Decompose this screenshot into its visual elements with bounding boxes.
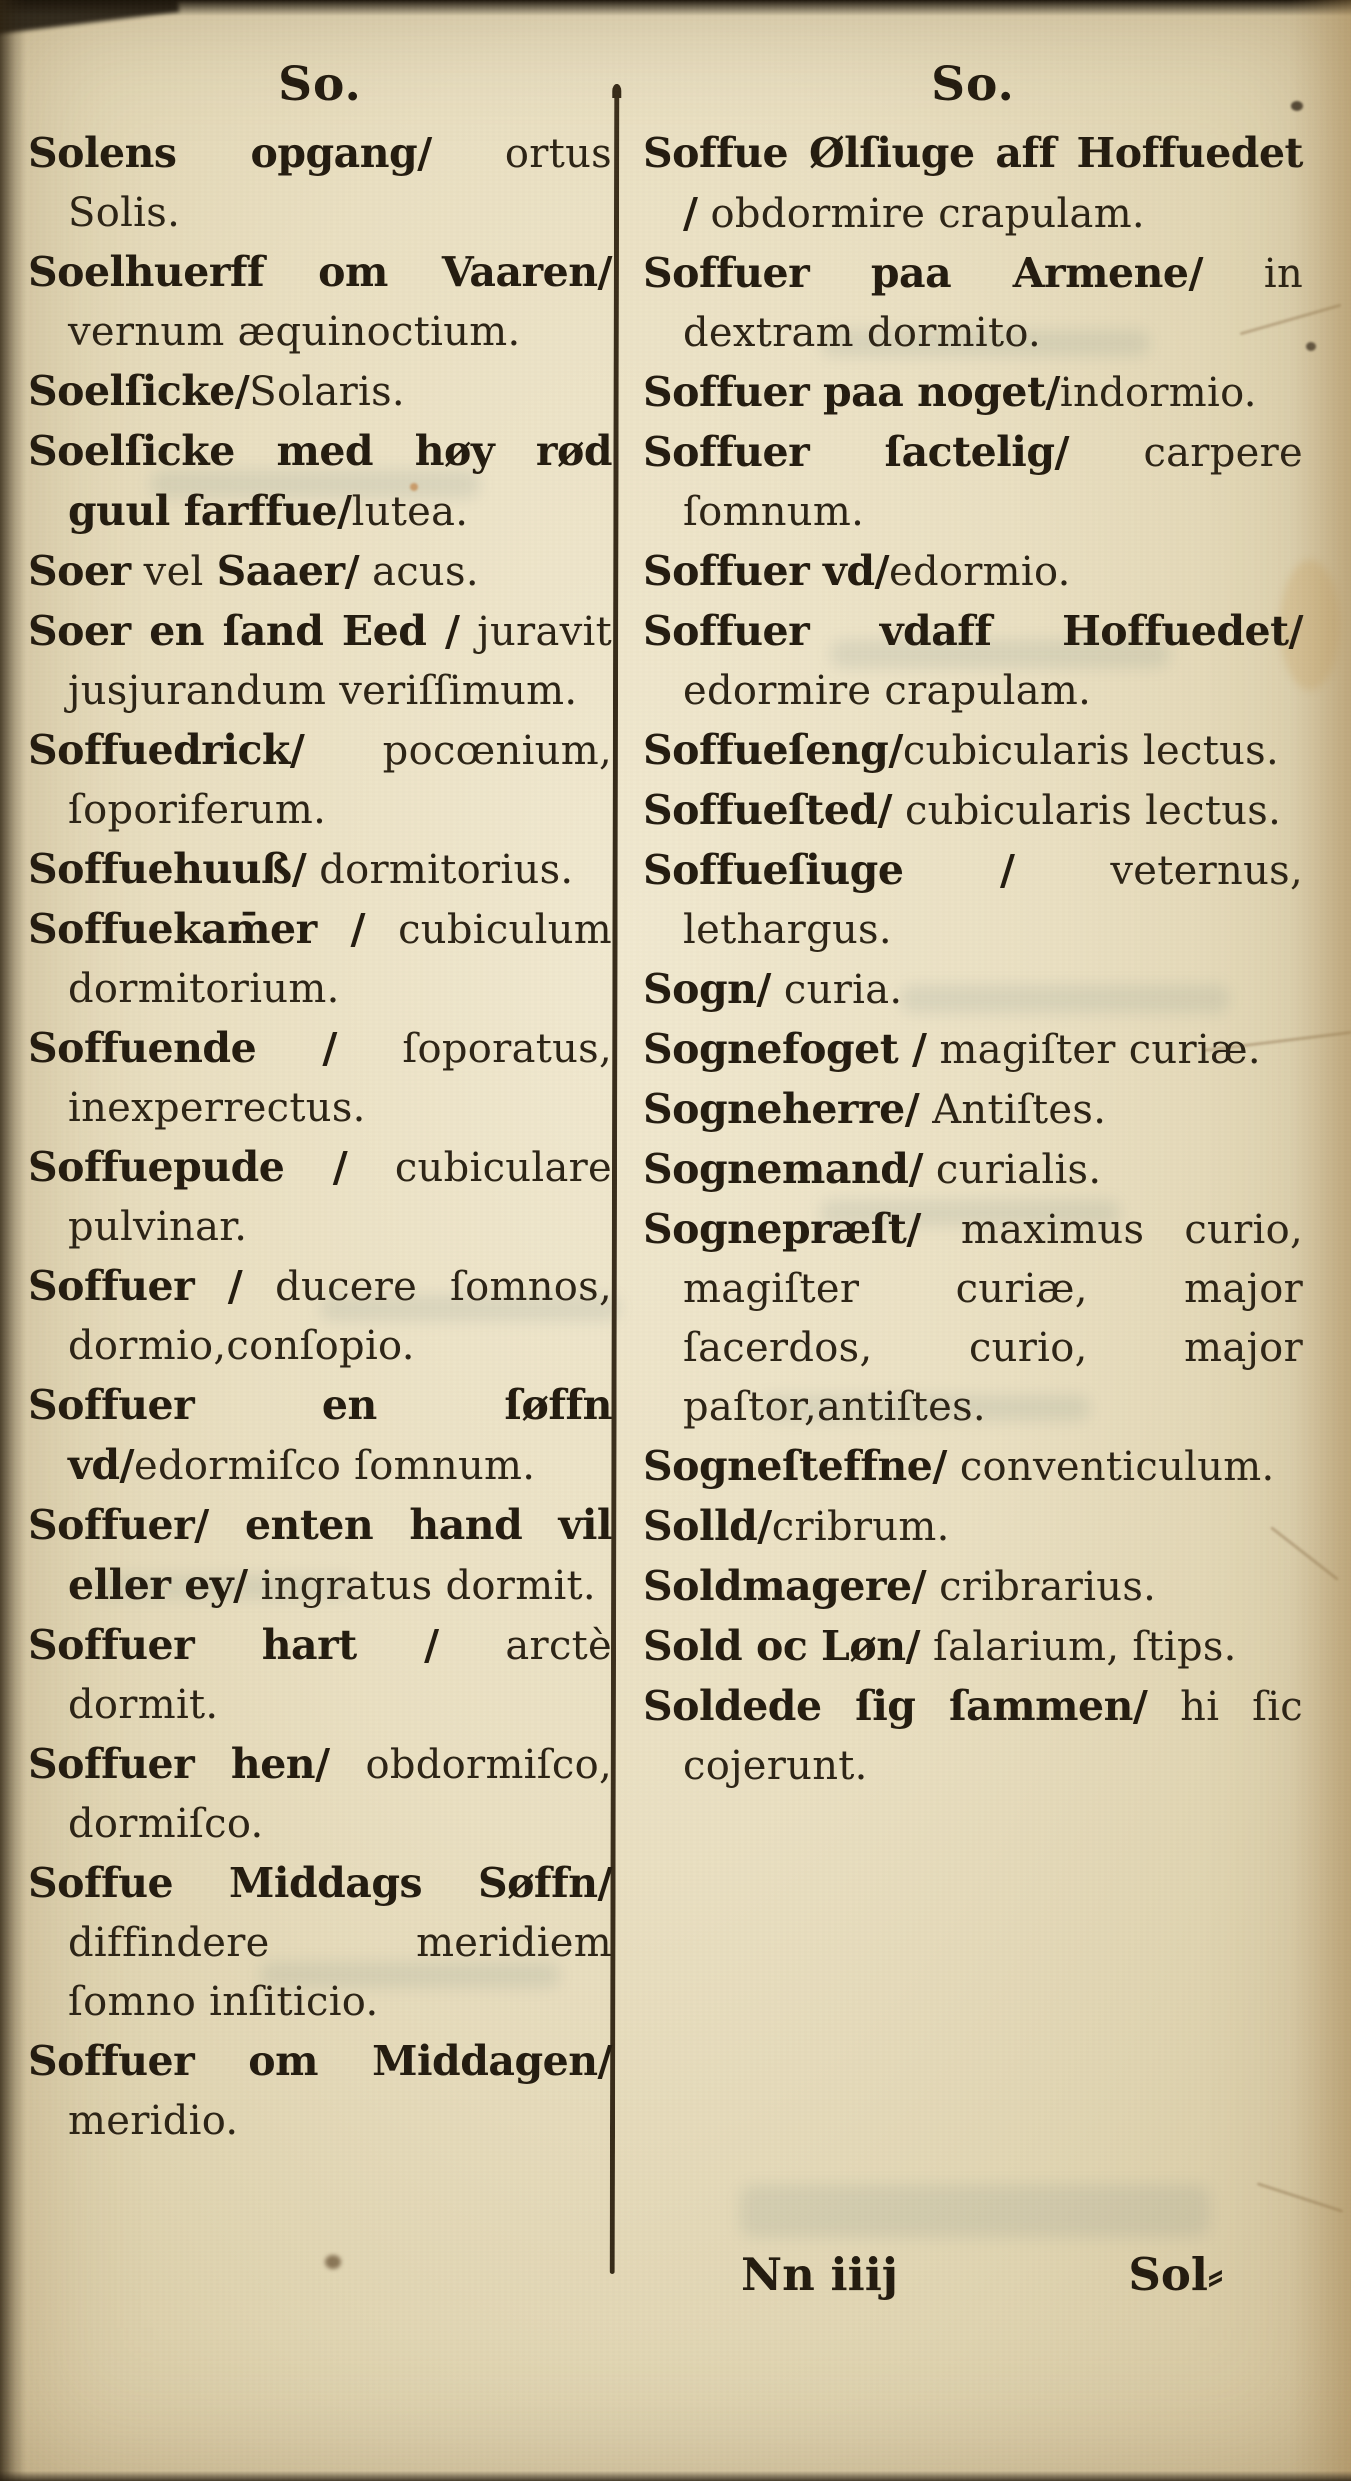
dictionary-entry: Soelſicke med høy rød guul farffue/lutea…	[28, 422, 612, 542]
dictionary-entry: Soelſicke/Solaris.	[28, 362, 612, 422]
dictionary-entry: Solld/cribrum.	[643, 1497, 1303, 1557]
latin-gloss-text: lutea.	[352, 489, 469, 535]
right-column: So. Soffue Ølſiuge aff Hoffuedet / obdor…	[643, 58, 1303, 1796]
headword-text: Soffuende /	[28, 1024, 337, 1072]
dictionary-entry: Soldede ſig ſammen/ hi ſic cojerunt.	[643, 1677, 1303, 1796]
dictionary-entry: Soffuer / ducere ſomnos, dormio,conſopio…	[28, 1257, 612, 1376]
page-corner-shadow	[0, 0, 179, 36]
catchword: Sol⸗	[1128, 2248, 1223, 2301]
headword-text: Sogneherre/	[643, 1085, 919, 1133]
headword-text: Soldede ſig ſammen/	[643, 1682, 1147, 1730]
latin-gloss-text: Antiſtes.	[919, 1087, 1106, 1133]
page-footer: Nn iiij Sol⸗	[643, 2248, 1303, 2301]
headword-text: Sognemand/	[643, 1145, 923, 1193]
latin-gloss-text: acus.	[359, 549, 479, 595]
dictionary-entry: Soffuer vdaff Hoffuedet/ edormire crapul…	[643, 602, 1303, 721]
dictionary-entry: Soffuer om Middagen/ meridio.	[28, 2032, 612, 2151]
dictionary-entry: Sognemand/ curialis.	[643, 1140, 1303, 1200]
right-column-entries: Soffue Ølſiuge aff Hoffuedet / obdormire…	[643, 124, 1303, 1796]
headword-text: Sogneſteffne/	[643, 1442, 947, 1490]
dictionary-entry: Sognepræſt/ maximus curio, magiſter curi…	[643, 1200, 1303, 1437]
dictionary-entry: Soffuer hen/ obdormiſco, dormiſco.	[28, 1735, 612, 1854]
latin-gloss-text: diffindere meridiem ſomno inſiticio.	[68, 1920, 612, 2025]
headword-text: Soffuer ſactelig/	[643, 428, 1069, 476]
column-header: So.	[28, 58, 612, 112]
dictionary-entry: Soffuer hart / arctè dormit.	[28, 1616, 612, 1735]
latin-gloss-text: cribrarius.	[926, 1564, 1156, 1610]
latin-gloss-text: curia.	[771, 967, 902, 1013]
headword-text: Sognepræſt/	[643, 1205, 921, 1253]
headword-text: Soelſicke med høy rød guul farffue/	[28, 427, 612, 535]
headword-text: Soffuer paa Armene/	[643, 249, 1203, 297]
headword-text: Soffuedrick/	[28, 726, 304, 774]
dictionary-entry: Soer vel Saaer/ acus.	[28, 542, 612, 602]
headword-text: Soldmagere/	[643, 1562, 926, 1610]
dictionary-entry: Solens opgang/ ortus Solis.	[28, 124, 612, 243]
headword-text: Saaer/	[217, 547, 359, 595]
headword-text: Soffuer vd/	[643, 547, 889, 595]
column-header: So.	[643, 58, 1303, 112]
dictionary-entry: Soffuer/ enten hand vil eller ey/ ingrat…	[28, 1496, 612, 1616]
ink-speck	[325, 2255, 341, 2269]
dictionary-entry: Soffuer vd/edormio.	[643, 542, 1303, 602]
latin-gloss-text: meridio.	[68, 2098, 238, 2144]
dictionary-entry: Sold oc Løn/ ſalarium, ſtips.	[643, 1617, 1303, 1677]
latin-gloss-text: cubicularis lectus.	[903, 728, 1279, 774]
dictionary-entry: Soelhuerff om Vaaren/ vernum æquinoctium…	[28, 243, 612, 362]
headword-text: Soer en ſand Eed /	[28, 607, 459, 655]
dictionary-entry: Soldmagere/ cribrarius.	[643, 1557, 1303, 1617]
latin-gloss-text: vel	[131, 549, 217, 595]
page-edge-shadow-left	[0, 0, 26, 2481]
dictionary-entry: Soffuepude / cubiculare pulvinar.	[28, 1138, 612, 1257]
headword-text: Soer	[28, 547, 131, 595]
headword-text: Soffuer /	[28, 1262, 242, 1310]
left-column: So. Solens opgang/ ortus Solis.Soelhuerf…	[28, 58, 612, 2151]
dictionary-entry: Soffuehuuß/ dormitorius.	[28, 840, 612, 900]
headword-text: Soelſicke/	[28, 367, 249, 415]
book-page-scan: So. Solens opgang/ ortus Solis.Soelhuerf…	[0, 0, 1351, 2481]
latin-gloss-text: cribrum.	[772, 1504, 950, 1550]
headword-text: Sold oc Løn/	[643, 1622, 920, 1670]
dictionary-entry: Sognefoget / magiſter curiæ.	[643, 1020, 1303, 1080]
quire-signature: Nn iiij	[741, 2248, 898, 2301]
headword-text: Soelhuerff om Vaaren/	[28, 248, 612, 296]
latin-gloss-text: edormire crapulam.	[683, 668, 1091, 714]
dictionary-entry: Soffuer en ſøffn vd/edormiſco ſomnum.	[28, 1376, 612, 1496]
show-through-smudge	[740, 2185, 1210, 2237]
dictionary-entry: Soffue Ølſiuge aff Hoffuedet / obdormire…	[643, 124, 1303, 244]
latin-gloss-text: curialis.	[923, 1147, 1101, 1193]
headword-text: Soffuer om Middagen/	[28, 2037, 612, 2085]
latin-gloss-text: vernum æquinoctium.	[68, 309, 521, 355]
latin-gloss-text: magiſter curiæ.	[926, 1027, 1260, 1073]
headword-text: Soffueſted/	[643, 786, 892, 834]
headword-text: Soffuer vdaff Hoffuedet/	[643, 607, 1303, 655]
headword-text: Soffue Middags Søffn/	[28, 1859, 612, 1907]
latin-gloss-text: conventiculum.	[947, 1444, 1275, 1490]
dictionary-entry: Soer en ſand Eed / juravit jusjurandum v…	[28, 602, 612, 721]
headword-text: Solld/	[643, 1502, 772, 1550]
headword-text: Soffuekam̄er /	[28, 905, 365, 953]
page-edge-shadow-bottom	[0, 2471, 1351, 2481]
dictionary-entry: Soffue Middags Søffn/ diffindere meridie…	[28, 1854, 612, 2032]
latin-gloss-text: dormitorius.	[306, 847, 573, 893]
dictionary-entry: Soffueſted/ cubicularis lectus.	[643, 781, 1303, 841]
dictionary-entry: Soffuekam̄er / cubiculum dormitorium.	[28, 900, 612, 1019]
latin-gloss-text: cubicularis lectus.	[892, 788, 1281, 834]
headword-text: Soffuer hart /	[28, 1621, 439, 1669]
latin-gloss-text: indormio.	[1060, 370, 1257, 416]
dictionary-entry: Sogneherre/ Antiſtes.	[643, 1080, 1303, 1140]
dictionary-entry: Soffuer paa noget/indormio.	[643, 363, 1303, 423]
left-column-entries: Solens opgang/ ortus Solis.Soelhuerff om…	[28, 124, 612, 2151]
headword-text: Soffuehuuß/	[28, 845, 306, 893]
latin-gloss-text: edormio.	[889, 549, 1071, 595]
latin-gloss-text: ſalarium, ſtips.	[920, 1624, 1237, 1670]
page-edge-shadow-top	[0, 0, 1351, 16]
headword-text: Soffueſeng/	[643, 726, 903, 774]
headword-text: Soffueſiuge /	[643, 846, 1015, 894]
dictionary-entry: Soffuende / ſoporatus, inexperrectus.	[28, 1019, 612, 1138]
dictionary-entry: Soffuer paa Armene/ in dextram dormito.	[643, 244, 1303, 363]
page-edge-shadow-right	[1291, 0, 1351, 2481]
dictionary-entry: Soffuer ſactelig/ carpere ſomnum.	[643, 423, 1303, 542]
latin-gloss-text: edormiſco ſomnum.	[134, 1443, 535, 1489]
latin-gloss-text: Solaris.	[249, 369, 405, 415]
headword-text: Soffuepude /	[28, 1143, 347, 1191]
headword-text: Soffuer paa noget/	[643, 368, 1060, 416]
headword-text: Soffuer hen/	[28, 1740, 330, 1788]
dictionary-entry: Soffueſeng/cubicularis lectus.	[643, 721, 1303, 781]
latin-gloss-text: obdormire crapulam.	[697, 191, 1144, 237]
headword-text: Sognefoget /	[643, 1025, 926, 1073]
latin-gloss-text: ingratus dormit.	[248, 1563, 596, 1609]
headword-text: Sogn/	[643, 965, 771, 1013]
dictionary-entry: Sogn/ curia.	[643, 960, 1303, 1020]
dictionary-entry: Soffuedrick/ pocœnium, ſoporiferum.	[28, 721, 612, 840]
dictionary-entry: Sogneſteffne/ conventiculum.	[643, 1437, 1303, 1497]
dictionary-entry: Soffueſiuge / veternus, lethargus.	[643, 841, 1303, 960]
headword-text: Solens opgang/	[28, 129, 432, 177]
